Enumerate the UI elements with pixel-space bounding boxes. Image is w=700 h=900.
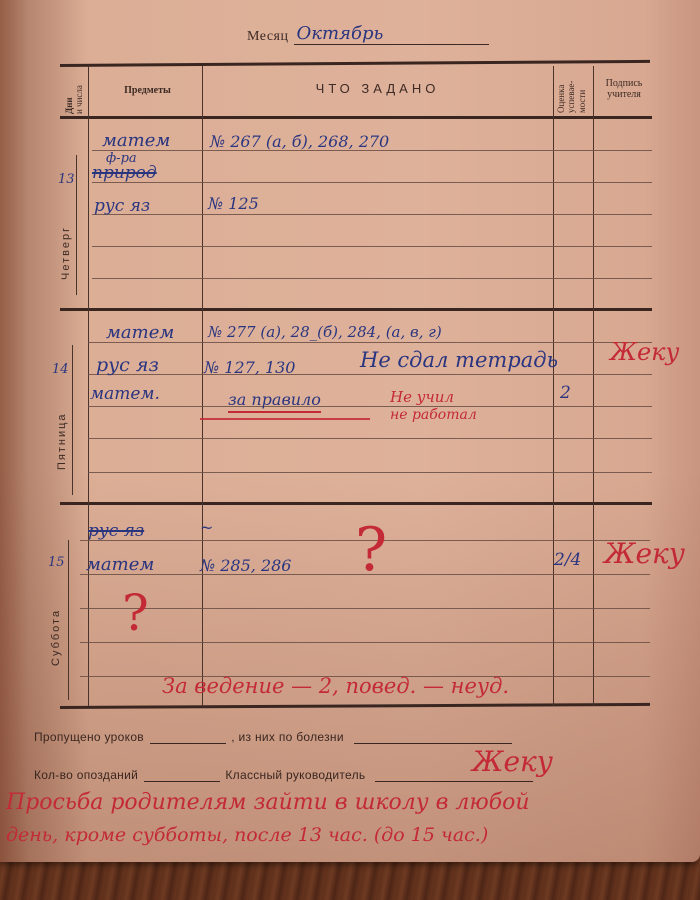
fri-grade: 2 (560, 385, 571, 402)
row-line (88, 472, 652, 473)
thu-subject-3: рус яз (94, 198, 150, 215)
fri-subject-1: матем (106, 324, 174, 342)
illness-label: , из них по болезни (231, 730, 344, 744)
late-row: Кол-во опозданий Классный руководитель (34, 768, 533, 782)
missed-lessons-field[interactable] (150, 732, 226, 744)
parent-note-line-2: день, кроме субботы, после 13 час. (до 1… (6, 826, 488, 845)
late-field[interactable] (144, 770, 220, 782)
illness-field[interactable] (354, 732, 512, 744)
thu-assignment-3: № 125 (208, 196, 259, 212)
day-label-friday: Пятница (56, 412, 68, 470)
missed-lessons-row: Пропущено уроков , из них по болезни (34, 730, 512, 744)
row-line (92, 182, 652, 183)
sat-subject-2: матем (86, 556, 154, 574)
fri-assignment-2: № 127, 130 (204, 360, 295, 376)
row-line (88, 438, 652, 439)
row-line (88, 374, 652, 375)
col-line-grade (593, 66, 594, 706)
table-top-rule (60, 60, 650, 67)
question-mark-red: ? (355, 520, 387, 580)
row-line (92, 246, 652, 247)
day-number-thursday: 13 (58, 172, 75, 187)
fri-teacher-signature: Жеку (610, 340, 679, 364)
fri-subject-3: матем. (90, 386, 160, 403)
thu-assignment-1: № 267 (а, б), 268, 270 (210, 134, 389, 150)
day-label-thursday: Четверг (60, 226, 72, 280)
fri-assignment-1: № 277 (а), 28_(б), 284, (а, в, г) (208, 325, 442, 340)
header-signature-line2: учителя (594, 89, 654, 100)
class-teacher-signature: Жеку (472, 748, 553, 776)
header-days-line2: и числа (74, 85, 84, 114)
friday-bottom-rule (60, 502, 652, 505)
day-number-saturday: 15 (48, 555, 65, 570)
sat-grade: 2/4 (554, 552, 581, 569)
col-line-subjects (202, 66, 203, 706)
conduct-note: За ведение — 2, повед. — неуд. (162, 676, 509, 697)
day-side-line-sat (68, 540, 69, 700)
fri-red-note-1: Не учил (390, 390, 454, 405)
header-grade: Оценка успевае- мости (556, 81, 587, 113)
fri-red-note-2: не работал (390, 408, 477, 422)
fri-red-underline (200, 418, 370, 420)
day-number-friday: 14 (52, 362, 69, 377)
header-grade-line1: Оценка (556, 81, 566, 113)
diary-page: Месяц Октябрь Дни и числа Предметы ЧТО З… (0, 0, 700, 862)
missed-lessons-label: Пропущено уроков (34, 730, 144, 744)
header-signature-line1: Подпись (594, 78, 654, 89)
header-grade-line3: мости (577, 81, 587, 113)
sat-assignment-2: № 285, 286 (200, 558, 291, 574)
parent-note-line-1: Просьба родителям зайти в школу в любой (6, 792, 530, 814)
header-bottom-rule (60, 116, 652, 119)
sat-assignment-1: ~ (200, 520, 213, 536)
month-label: Месяц (247, 29, 288, 45)
day-side-line-thu (76, 155, 77, 295)
thu-subject-2-struck: природ (92, 165, 157, 182)
fri-subject-2: рус яз (96, 356, 159, 375)
row-line (92, 214, 652, 215)
sat-subject-1: рус яз (88, 523, 144, 540)
month-row: Месяц Октябрь (247, 29, 489, 45)
month-value: Октябрь (296, 23, 383, 44)
question-mark-red: ? (122, 588, 149, 638)
sat-teacher-signature: Жеку (604, 540, 685, 568)
class-teacher-label: Классный руководитель (225, 768, 365, 782)
late-label: Кол-во опозданий (34, 768, 138, 782)
header-days: Дни и числа (64, 85, 85, 114)
header-signature: Подпись учителя (594, 78, 654, 100)
row-line (80, 608, 650, 609)
header-grade-line2: успевае- (566, 81, 576, 113)
thu-subject-1: матем (102, 132, 170, 150)
day-label-saturday: Суббота (50, 609, 62, 666)
col-line-days (88, 66, 89, 706)
fri-teacher-note: Не сдал тетрадь (360, 350, 558, 371)
row-line (80, 642, 650, 643)
header-assignment: ЧТО ЗАДАНО (205, 82, 550, 96)
day-side-line-fri (72, 345, 73, 495)
header-subjects: Предметы (95, 85, 200, 96)
fri-assignment-3: за правило (228, 392, 321, 413)
saturday-bottom-rule (60, 703, 650, 709)
row-line (92, 278, 652, 279)
row-line (88, 406, 652, 407)
col-line-assignment (553, 66, 554, 706)
month-field: Октябрь (294, 29, 489, 45)
thursday-bottom-rule (60, 308, 652, 311)
header-days-line1: Дни (64, 85, 74, 114)
